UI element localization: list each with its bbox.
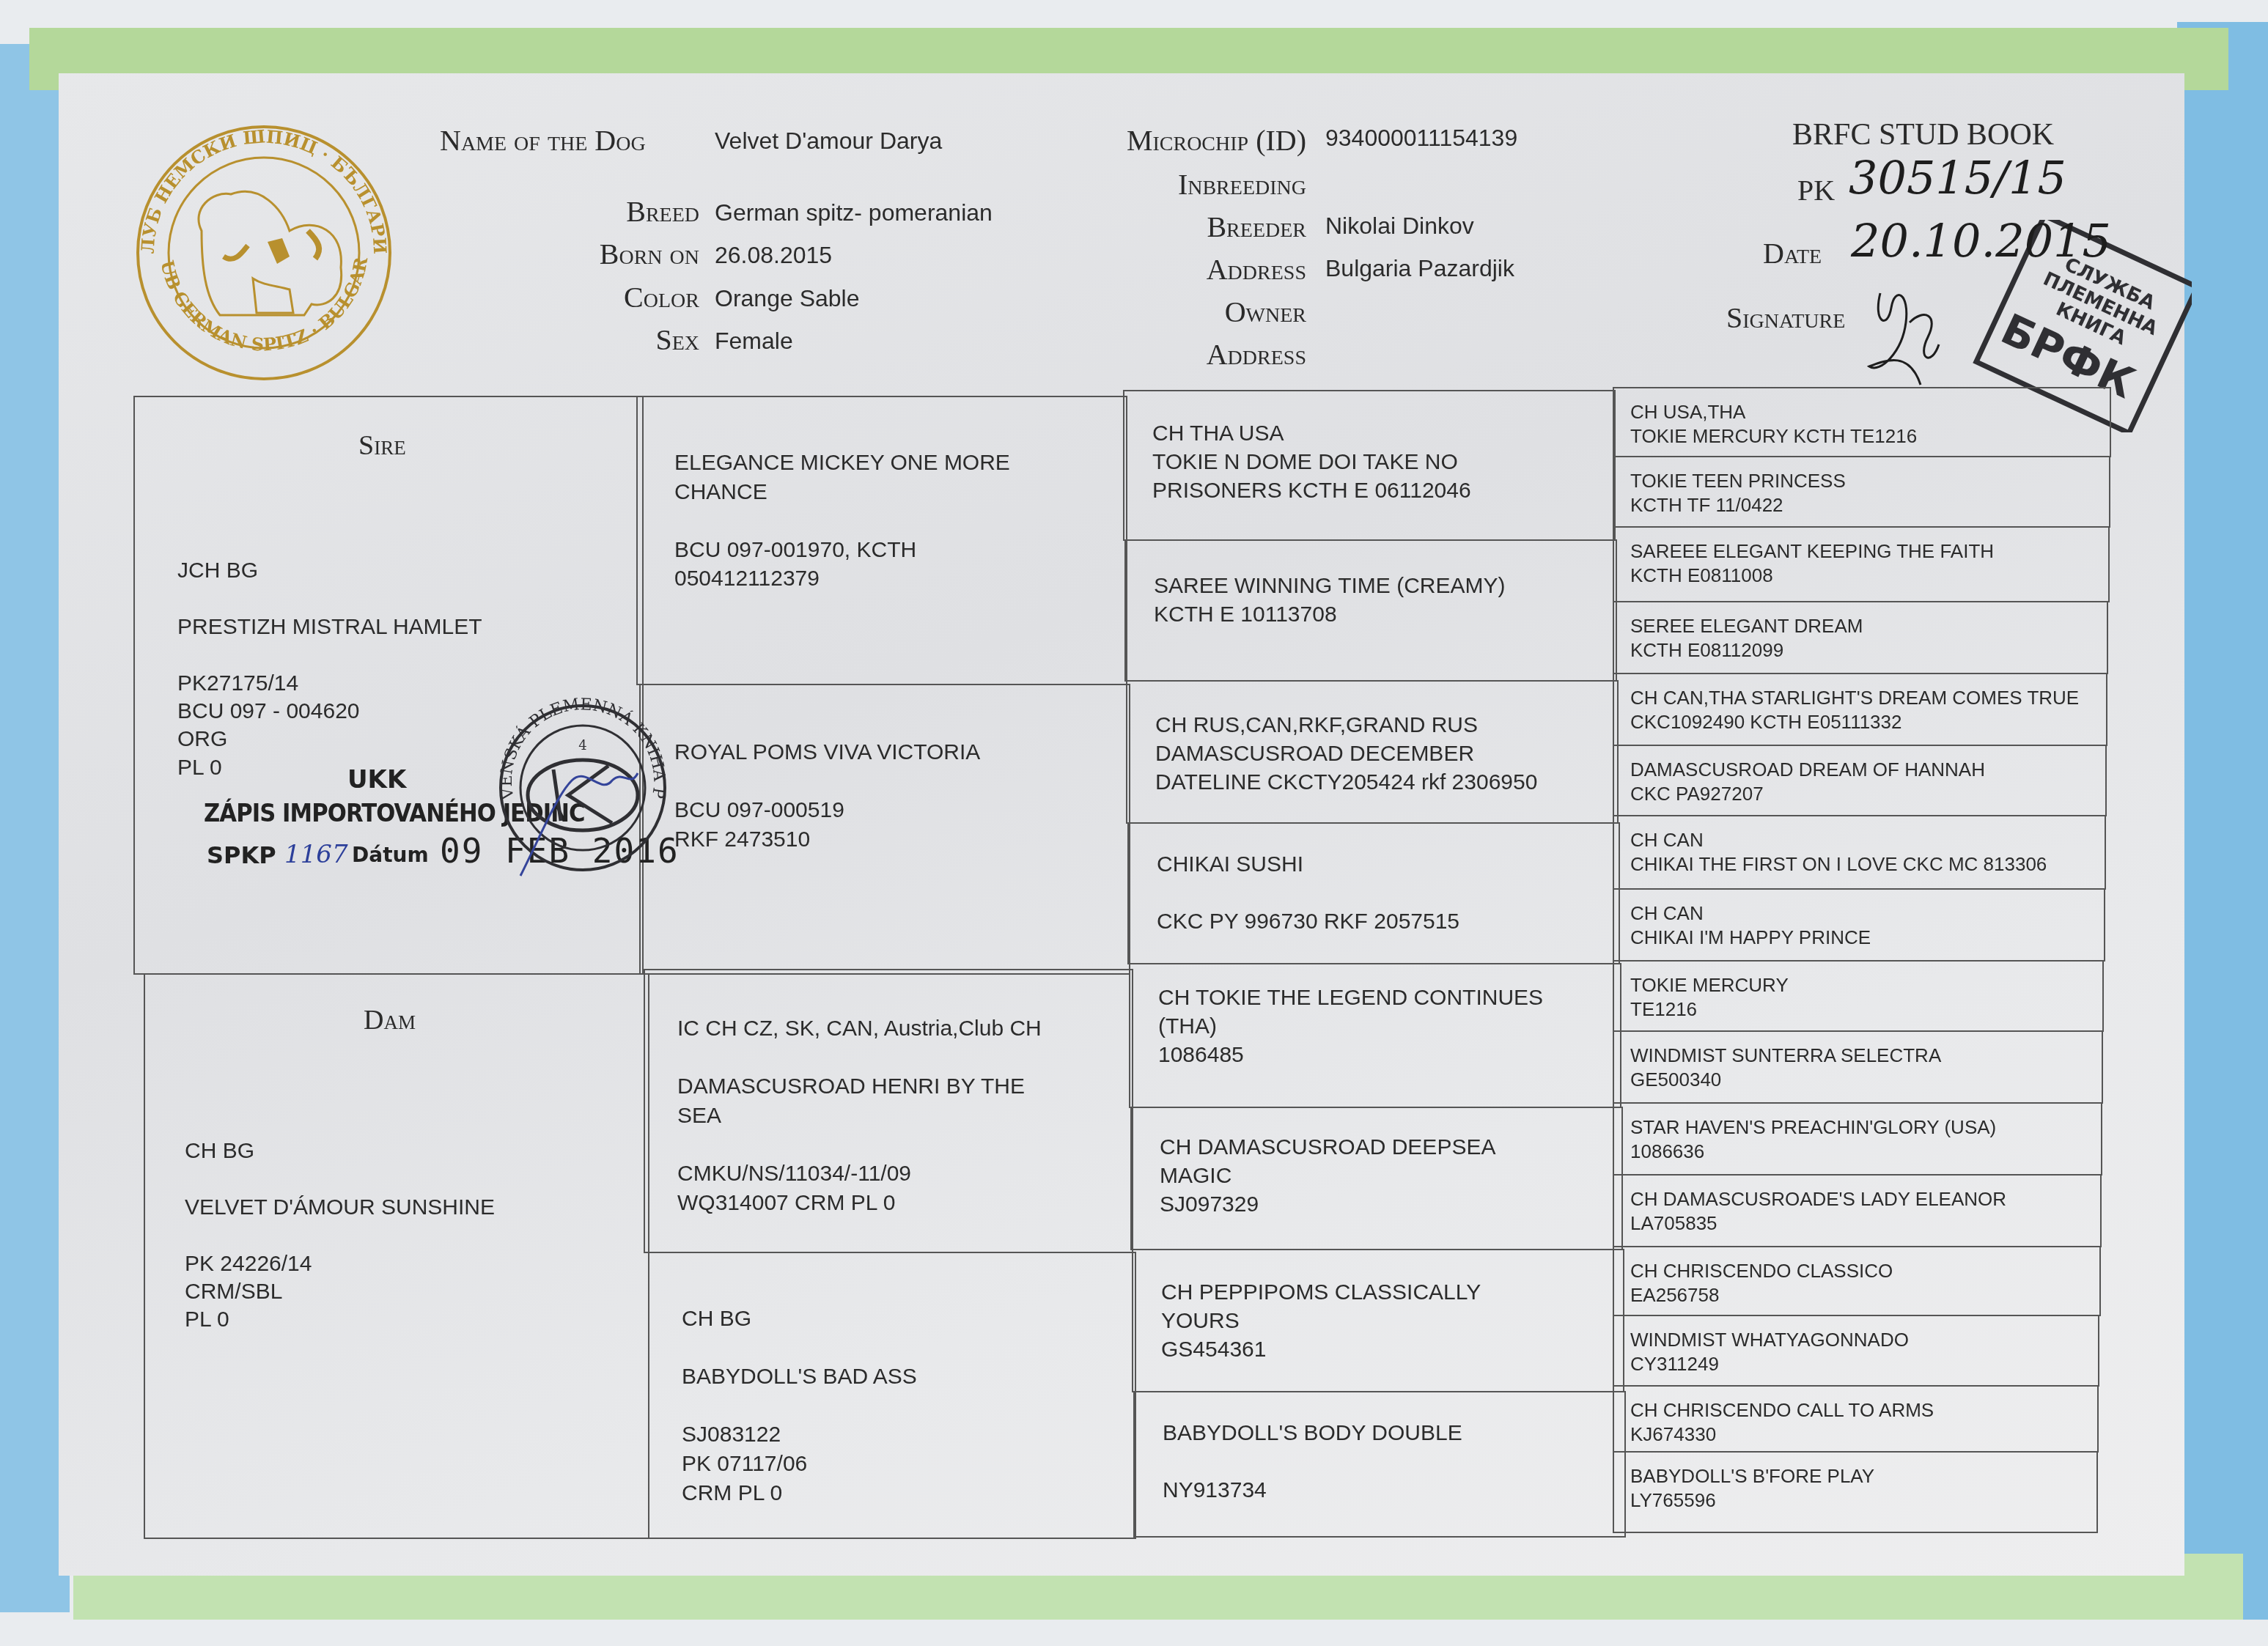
grandparent-cell: CH BG BABYDOLL'S BAD ASS SJ083122 PK 071… [648, 1252, 1136, 1539]
great-grandparent-details: BABYDOLL'S BODY DOUBLE NY913734 [1163, 1419, 1462, 1505]
great-grandparent-cell: SAREE WINNING TIME (CREAMY) KCTH E 10113… [1124, 539, 1617, 682]
spkp-number-handwritten: 1167 [284, 840, 348, 869]
great-great-grandparent-cell: DAMASCUSROAD DREAM OF HANNAH CKC PA92720… [1613, 745, 2107, 816]
stud-book-title: BRFC STUD BOOK [1792, 117, 2054, 152]
great-great-grandparent-cell: WINDMIST SUNTERRA SELECTRA GE500340 [1613, 1030, 2103, 1104]
great-great-grandparent-details: CH CAN CHIKAI THE FIRST ON I LOVE CKC MC… [1630, 828, 2047, 876]
great-great-grandparent-cell: WINDMIST WHATYAGONNADO CY311249 [1613, 1315, 2099, 1387]
owner-label: Owner [1225, 295, 1306, 329]
grandparent-details: ROYAL POMS VIVA VICTORIA BCU 097-000519 … [674, 738, 980, 854]
great-great-grandparent-details: STAR HAVEN'S PREACHIN'GLORY (USA) 108663… [1630, 1115, 1996, 1163]
dam-cell: Dam CH BG VELVET D'ÁMOUR SUNSHINE PK 242… [144, 973, 649, 1539]
great-great-grandparent-details: DAMASCUSROAD DREAM OF HANNAH CKC PA92720… [1630, 758, 1985, 805]
great-great-grandparent-details: CH CAN,THA STARLIGHT'S DREAM COMES TRUE … [1630, 686, 2079, 734]
great-great-grandparent-details: SEREE ELEGANT DREAM KCTH E08112099 [1630, 614, 1863, 662]
dog-name-label: Name of the Dog [440, 123, 646, 158]
great-great-grandparent-details: CH CHRISCENDO CLASSICO EA256758 [1630, 1259, 1893, 1307]
grandparent-details: IC CH CZ, SK, CAN, Austria,Club CH DAMAS… [677, 1014, 1042, 1217]
great-grandparent-details: CH THA USA TOKIE N DOME DOI TAKE NO PRIS… [1152, 419, 1471, 505]
grandparent-details: CH BG BABYDOLL'S BAD ASS SJ083122 PK 071… [682, 1304, 917, 1507]
pk-label: PK [1797, 173, 1835, 207]
great-great-grandparent-details: WINDMIST WHATYAGONNADO CY311249 [1630, 1328, 1909, 1376]
breeder-address-value: Bulgaria Pazardjik [1325, 255, 1514, 282]
great-great-grandparent-cell: SAREEE ELEGANT KEEPING THE FAITH KCTH E0… [1613, 526, 2110, 602]
breed-value: German spitz- pomeranian [715, 199, 993, 226]
great-grandparent-cell: CH DAMASCUSROAD DEEPSEA MAGIC SJ097329 [1130, 1107, 1623, 1250]
great-great-grandparent-cell: CH CHRISCENDO CLASSICO EA256758 [1613, 1246, 2101, 1316]
grandparent-cell: ROYAL POMS VIVA VICTORIA BCU 097-000519 … [639, 684, 1130, 975]
great-great-grandparent-details: TOKIE MERCURY TE1216 [1630, 973, 1789, 1021]
sire-cell: Sire JCH BG PRESTIZH MISTRAL HAMLET PK27… [133, 396, 644, 975]
great-great-grandparent-cell: TOKIE MERCURY TE1216 [1613, 960, 2104, 1032]
grandparent-details: ELEGANCE MICKEY ONE MORE CHANCE BCU 097-… [674, 449, 1010, 594]
great-great-grandparent-cell: CH USA,THA TOKIE MERCURY KCTH TE1216 [1613, 387, 2111, 457]
great-great-grandparent-cell: TOKIE TEEN PRINCESS KCTH TF 11/0422 [1613, 456, 2110, 528]
datum-label: Dátum [352, 843, 429, 867]
spkp-label: SPKP [207, 841, 276, 869]
sex-value: Female [715, 328, 793, 355]
great-grandparent-cell: CHIKAI SUSHI CKC PY 996730 RKF 2057515 [1127, 822, 1620, 964]
microchip-label: Microchip (ID) [1127, 123, 1306, 158]
slovak-studbook-round-stamp-icon: SLOVENSKÁ PLEMENNÁ KNIHA PSOV 4 [491, 693, 674, 883]
great-great-grandparent-cell: CH CAN CHIKAI I'M HAPPY PRINCE [1613, 888, 2105, 962]
great-great-grandparent-cell: CH DAMASCUSROADE'S LADY ELEANOR LA705835 [1613, 1174, 2102, 1247]
great-great-grandparent-details: CH USA,THA TOKIE MERCURY KCTH TE1216 [1630, 400, 1917, 448]
color-label: Color [624, 280, 699, 314]
great-great-grandparent-cell: CH CAN,THA STARLIGHT'S DREAM COMES TRUE … [1613, 673, 2107, 746]
great-grandparent-cell: CH TOKIE THE LEGEND CONTINUES (THA) 1086… [1129, 963, 1621, 1108]
breed-label: Breed [626, 194, 699, 229]
signature-label: Signature [1726, 300, 1845, 335]
great-great-grandparent-details: CH DAMASCUSROADE'S LADY ELEANOR LA705835 [1630, 1187, 2006, 1235]
great-great-grandparent-cell: STAR HAVEN'S PREACHIN'GLORY (USA) 108663… [1613, 1102, 2102, 1176]
great-great-grandparent-cell: CH CAN CHIKAI THE FIRST ON I LOVE CKC MC… [1613, 815, 2106, 890]
sire-heading: Sire [358, 428, 406, 464]
club-seal-logo-icon: КЛУБ НЕМСКИ ШПИЦ · БЪЛГАРИЯ CLUB GERMAN … [132, 121, 396, 385]
great-great-grandparent-details: CH CAN CHIKAI I'M HAPPY PRINCE [1630, 901, 1871, 949]
born-label: Born on [600, 237, 699, 271]
pk-number-handwritten: 30515/15 [1849, 151, 2066, 204]
grandparent-cell: ELEGANCE MICKEY ONE MORE CHANCE BCU 097-… [636, 396, 1127, 685]
owner-address-label: Address [1207, 337, 1306, 372]
breeder-value: Nikolai Dinkov [1325, 213, 1474, 240]
great-grandparent-details: CH TOKIE THE LEGEND CONTINUES (THA) 1086… [1158, 983, 1543, 1069]
great-grandparent-cell: CH PEPPIPOMS CLASSICALLY YOURS GS454361 [1132, 1249, 1624, 1392]
great-great-grandparent-details: BABYDOLL'S B'FORE PLAY LY765596 [1630, 1464, 1874, 1512]
born-value: 26.08.2015 [715, 242, 832, 269]
dam-heading: Dam [364, 1003, 416, 1038]
color-value: Orange Sable [715, 285, 859, 312]
dog-name-value: Velvet D'amour Darya [715, 128, 942, 155]
great-grandparent-cell: BABYDOLL'S BODY DOUBLE NY913734 [1133, 1391, 1626, 1538]
great-grandparent-details: SAREE WINNING TIME (CREAMY) KCTH E 10113… [1154, 572, 1505, 629]
great-grandparent-cell: CH THA USA TOKIE N DOME DOI TAKE NO PRIS… [1123, 390, 1616, 541]
great-great-grandparent-cell: BABYDOLL'S B'FORE PLAY LY765596 [1613, 1451, 2098, 1533]
great-grandparent-details: CHIKAI SUSHI CKC PY 996730 RKF 2057515 [1157, 850, 1459, 936]
great-great-grandparent-details: SAREEE ELEGANT KEEPING THE FAITH KCTH E0… [1630, 539, 1994, 587]
breeder-label: Breeder [1207, 210, 1306, 244]
great-great-grandparent-cell: SEREE ELEGANT DREAM KCTH E08112099 [1613, 601, 2108, 674]
great-great-grandparent-cell: CH CHRISCENDO CALL TO ARMS KJ674330 [1613, 1385, 2099, 1453]
breeder-address-label: Address [1207, 252, 1306, 287]
date-label: Date [1763, 236, 1822, 270]
great-great-grandparent-details: TOKIE TEEN PRINCESS KCTH TF 11/0422 [1630, 469, 1846, 517]
sex-label: Sex [655, 322, 699, 357]
date-handwritten: 20.10.2015 [1851, 214, 2111, 267]
great-great-grandparent-details: WINDMIST SUNTERRA SELECTRA GE500340 [1630, 1044, 1941, 1091]
ukk-stamp-org: UKK [347, 765, 406, 794]
great-grandparent-details: CH PEPPIPOMS CLASSICALLY YOURS GS454361 [1161, 1278, 1481, 1364]
svg-text:CLUB GERMAN SPITZ · BULGARIA: CLUB GERMAN SPITZ · BULGARIA [132, 121, 372, 355]
great-grandparent-cell: CH RUS,CAN,RKF,GRAND RUS DAMASCUSROAD DE… [1126, 680, 1619, 824]
grandparent-cell: IC CH CZ, SK, CAN, Austria,Club CH DAMAS… [644, 969, 1133, 1253]
sire-details: JCH BG PRESTIZH MISTRAL HAMLET PK27175/1… [177, 557, 482, 782]
svg-text:4: 4 [578, 738, 586, 753]
great-grandparent-details: CH DAMASCUSROAD DEEPSEA MAGIC SJ097329 [1160, 1133, 1495, 1219]
document-photo: КЛУБ НЕМСКИ ШПИЦ · БЪЛГАРИЯ CLUB GERMAN … [0, 0, 2268, 1646]
inbreeding-label: Inbreeding [1178, 167, 1306, 202]
great-great-grandparent-details: CH CHRISCENDO CALL TO ARMS KJ674330 [1630, 1398, 1934, 1446]
dam-details: CH BG VELVET D'ÁMOUR SUNSHINE PK 24226/1… [185, 1137, 495, 1335]
great-grandparent-details: CH RUS,CAN,RKF,GRAND RUS DAMASCUSROAD DE… [1155, 711, 1537, 797]
microchip-value: 934000011154139 [1325, 125, 1517, 152]
signature-scribble-icon [1866, 278, 1946, 388]
